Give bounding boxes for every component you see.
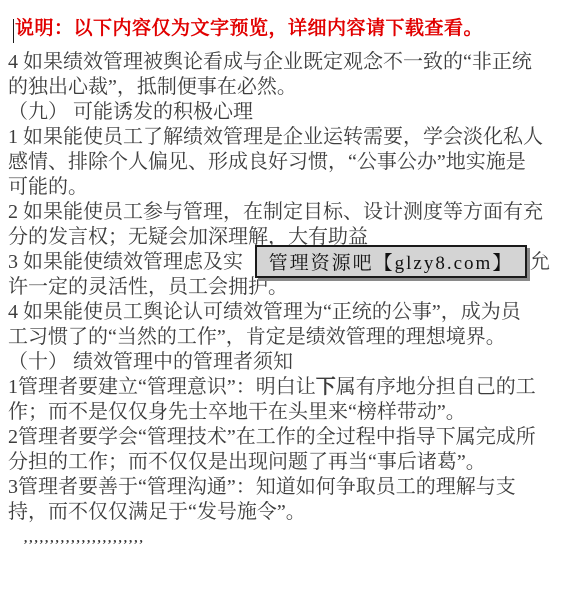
preview-page: 说明：以下内容仅为文字预览，详细内容请下载查看。 4 如果绩效管理被舆论看成与企…: [0, 0, 578, 600]
text-line: 3管理者要善于“管理沟通”：知道如何争取员工的理解与支: [8, 475, 578, 500]
text-line: 分担的工作；而不仅仅是出现问题了再当“事后诸葛”。: [8, 450, 578, 475]
text-line: 4 如果绩效管理被舆论看成与企业既定观念不一致的“非正统: [8, 50, 578, 75]
text-line: 持，而不仅仅满足于“发号施令”。: [8, 500, 578, 525]
ellipsis-line: ,,,,,,,,,,,,,,,,,,,,,,,: [8, 525, 578, 550]
text-line: 可能的。: [8, 175, 578, 200]
bold-text-segment: 下: [316, 376, 336, 398]
text-line: 1管理者要建立“管理意识”：明白让下属有序地分担自己的工: [8, 375, 578, 400]
text-line: 许一定的灵活性，员工会拥护。: [8, 275, 578, 300]
text-segment: 允: [530, 250, 550, 275]
text-line: 2 如果能使员工参与管理，在制定目标、设计测度等方面有充: [8, 200, 578, 225]
text-cursor: [13, 19, 14, 43]
text-line: 作；而不是仅仅身先士卒地干在头里来“榜样带动”。: [8, 400, 578, 425]
text-line: 工习惯了的“当然的工作”，肯定是绩效管理的理想境界。: [8, 325, 578, 350]
text-line: 4 如果能使员工舆论认可绩效管理为“正统的公事”，成为员: [8, 300, 578, 325]
text-line: （九） 可能诱发的积极心理: [8, 100, 578, 125]
text-line: 的独出心裁”，抵制便事在必然。: [8, 75, 578, 100]
watermark-text: 管理资源吧【glzy8.com】: [269, 248, 514, 275]
text-line: 2管理者要学会“管理技术”在工作的全过程中指导下属完成所: [8, 425, 578, 450]
text-line: 感情、排除个人偏见、形成良好习惯，“公事公办”地实施是: [8, 150, 578, 175]
watermark-badge: 管理资源吧【glzy8.com】: [255, 245, 527, 278]
text-segment: 1管理者要建立“管理意识”：明白让: [8, 376, 316, 398]
document-body: 4 如果绩效管理被舆论看成与企业既定观念不一致的“非正统 的独出心裁”，抵制便事…: [0, 50, 578, 550]
text-line: （十） 绩效管理中的管理者须知: [8, 350, 578, 375]
text-segment: 3 如果能使绩效管理虑及实: [8, 251, 243, 273]
text-line: 1 如果能使员工了解绩效管理是企业运转需要，学会淡化私人: [8, 125, 578, 150]
text-segment: 属有序地分担自己的工: [336, 376, 536, 398]
preview-notice: 说明：以下内容仅为文字预览，详细内容请下载查看。: [0, 0, 578, 42]
